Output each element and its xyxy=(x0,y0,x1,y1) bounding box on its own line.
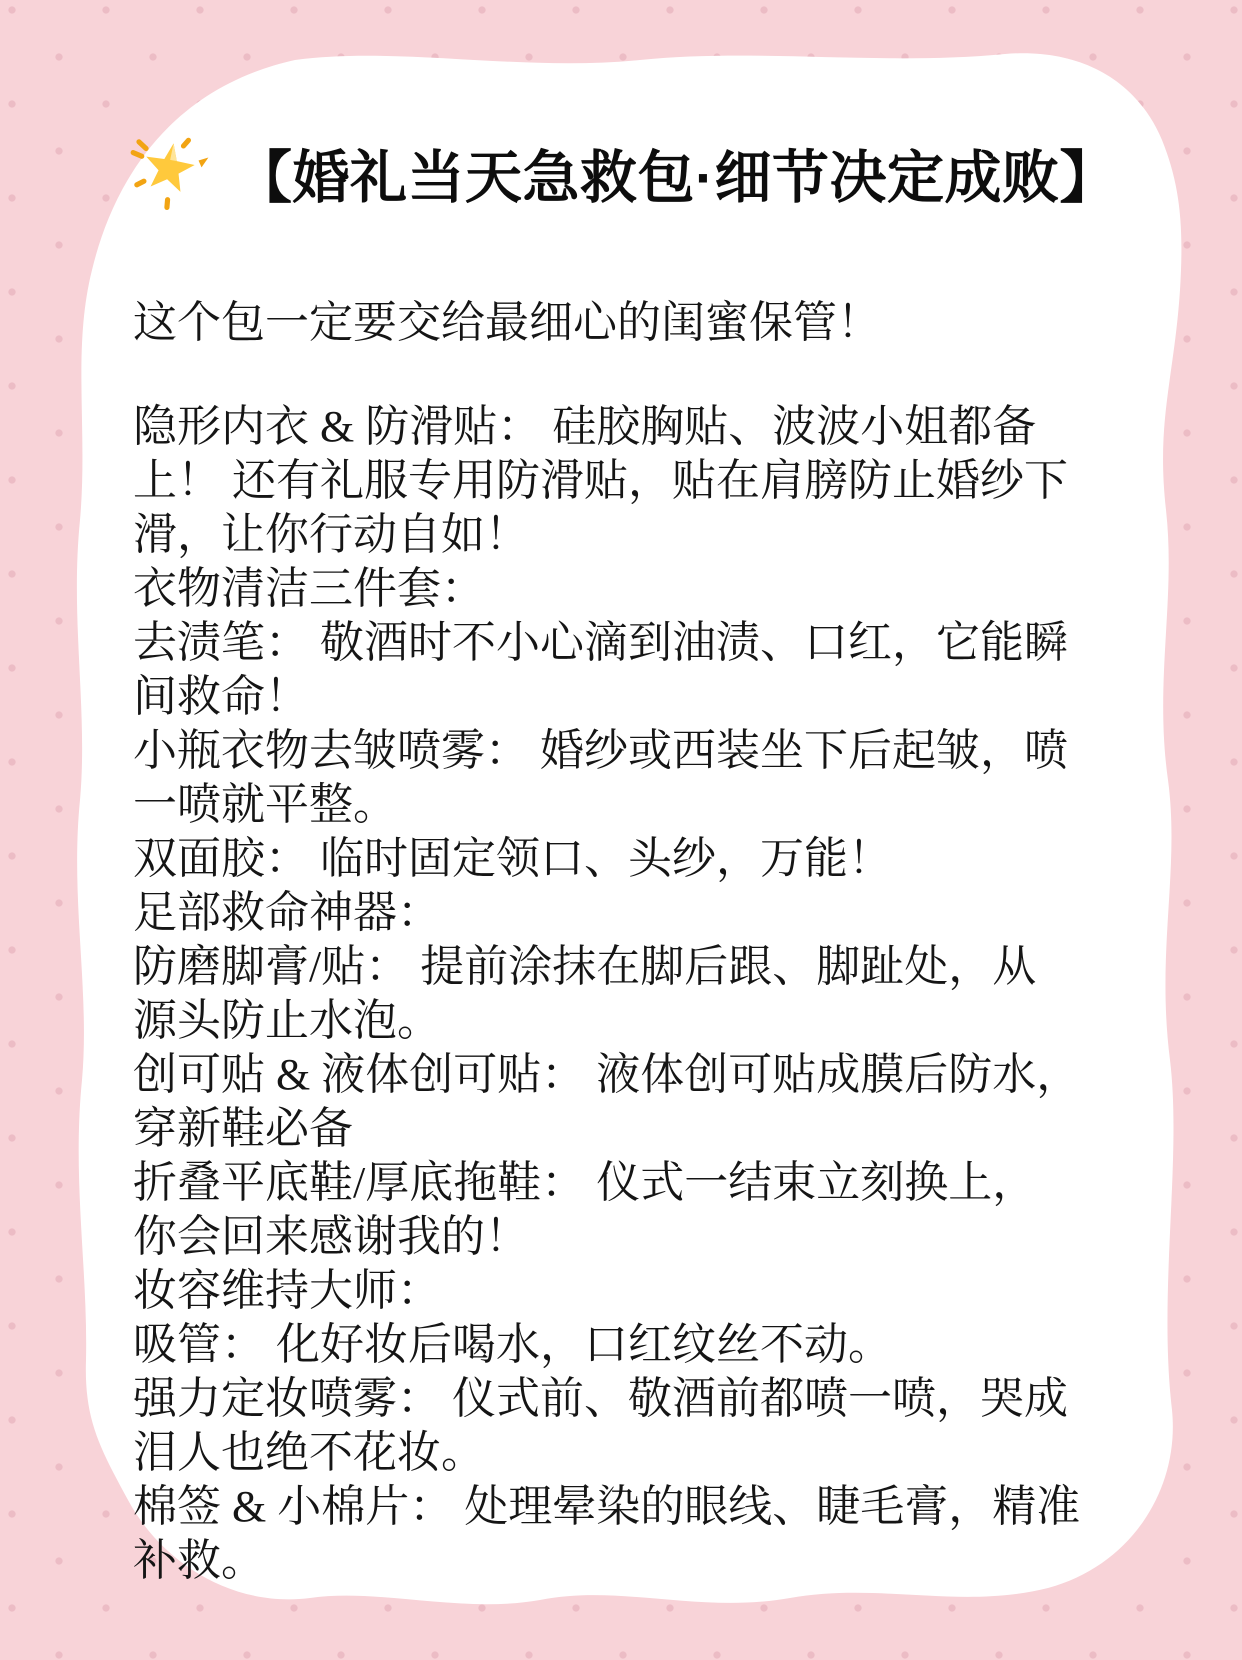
body-line: 上！ 还有礼服专用防滑贴，贴在肩膀防止婚纱下 xyxy=(133,454,1214,508)
body-line: 折叠平底鞋/厚底拖鞋： 仪式一结束立刻换上， xyxy=(133,1156,1214,1210)
body-line: 你会回来感谢我的！ xyxy=(133,1210,1214,1264)
title-row: 【婚礼当天急救包·细节决定成败】 xyxy=(0,130,1242,216)
body-line: 去渍笔： 敬酒时不小心滴到油渍、口红，它能瞬 xyxy=(133,616,1214,670)
body-line: 穿新鞋必备 xyxy=(133,1102,1214,1156)
body-line: 滑，让你行动自如！ xyxy=(133,508,1214,562)
body-line: 吸管： 化好妆后喝水，口红纹丝不动。 xyxy=(133,1318,1214,1372)
body-line: 双面胶： 临时固定领口、头纱，万能！ xyxy=(133,832,1214,886)
body-line: 足部救命神器： xyxy=(133,886,1214,940)
glowing-star-icon xyxy=(125,130,211,216)
body-line: 强力定妆喷雾： 仪式前、敬酒前都喷一喷，哭成 xyxy=(133,1372,1214,1426)
body-line: 源头防止水泡。 xyxy=(133,994,1214,1048)
body-line: 棉签 & 小棉片： 处理晕染的眼线、睫毛膏，精准 xyxy=(133,1480,1214,1534)
body-line: 泪人也绝不花妆。 xyxy=(133,1426,1214,1480)
body-line: 一喷就平整。 xyxy=(133,778,1214,832)
body-line: 补救。 xyxy=(133,1534,1214,1588)
body-line: 间救命！ xyxy=(133,670,1214,724)
body-line: 小瓶衣物去皱喷雾： 婚纱或西装坐下后起皱，喷 xyxy=(133,724,1214,778)
body-line: 防磨脚膏/贴： 提前涂抹在脚后跟、脚趾处，从 xyxy=(133,940,1214,994)
intro-text: 这个包一定要交给最细心的闺蜜保管！ xyxy=(133,296,1202,350)
body-line: 衣物清洁三件套： xyxy=(133,562,1214,616)
page-title: 【婚礼当天急救包·细节决定成败】 xyxy=(235,132,1117,214)
body-line: 创可贴 & 液体创可贴： 液体创可贴成膜后防水， xyxy=(133,1048,1214,1102)
body-line: 妆容维持大师： xyxy=(133,1264,1214,1318)
body-line: 隐形内衣 & 防滑贴： 硅胶胸贴、波波小姐都备 xyxy=(133,400,1214,454)
body-text: 隐形内衣 & 防滑贴： 硅胶胸贴、波波小姐都备 上！ 还有礼服专用防滑贴，贴在肩… xyxy=(133,400,1214,1588)
card-content: 【婚礼当天急救包·细节决定成败】 这个包一定要交给最细心的闺蜜保管！ 隐形内衣 … xyxy=(0,0,1242,1660)
